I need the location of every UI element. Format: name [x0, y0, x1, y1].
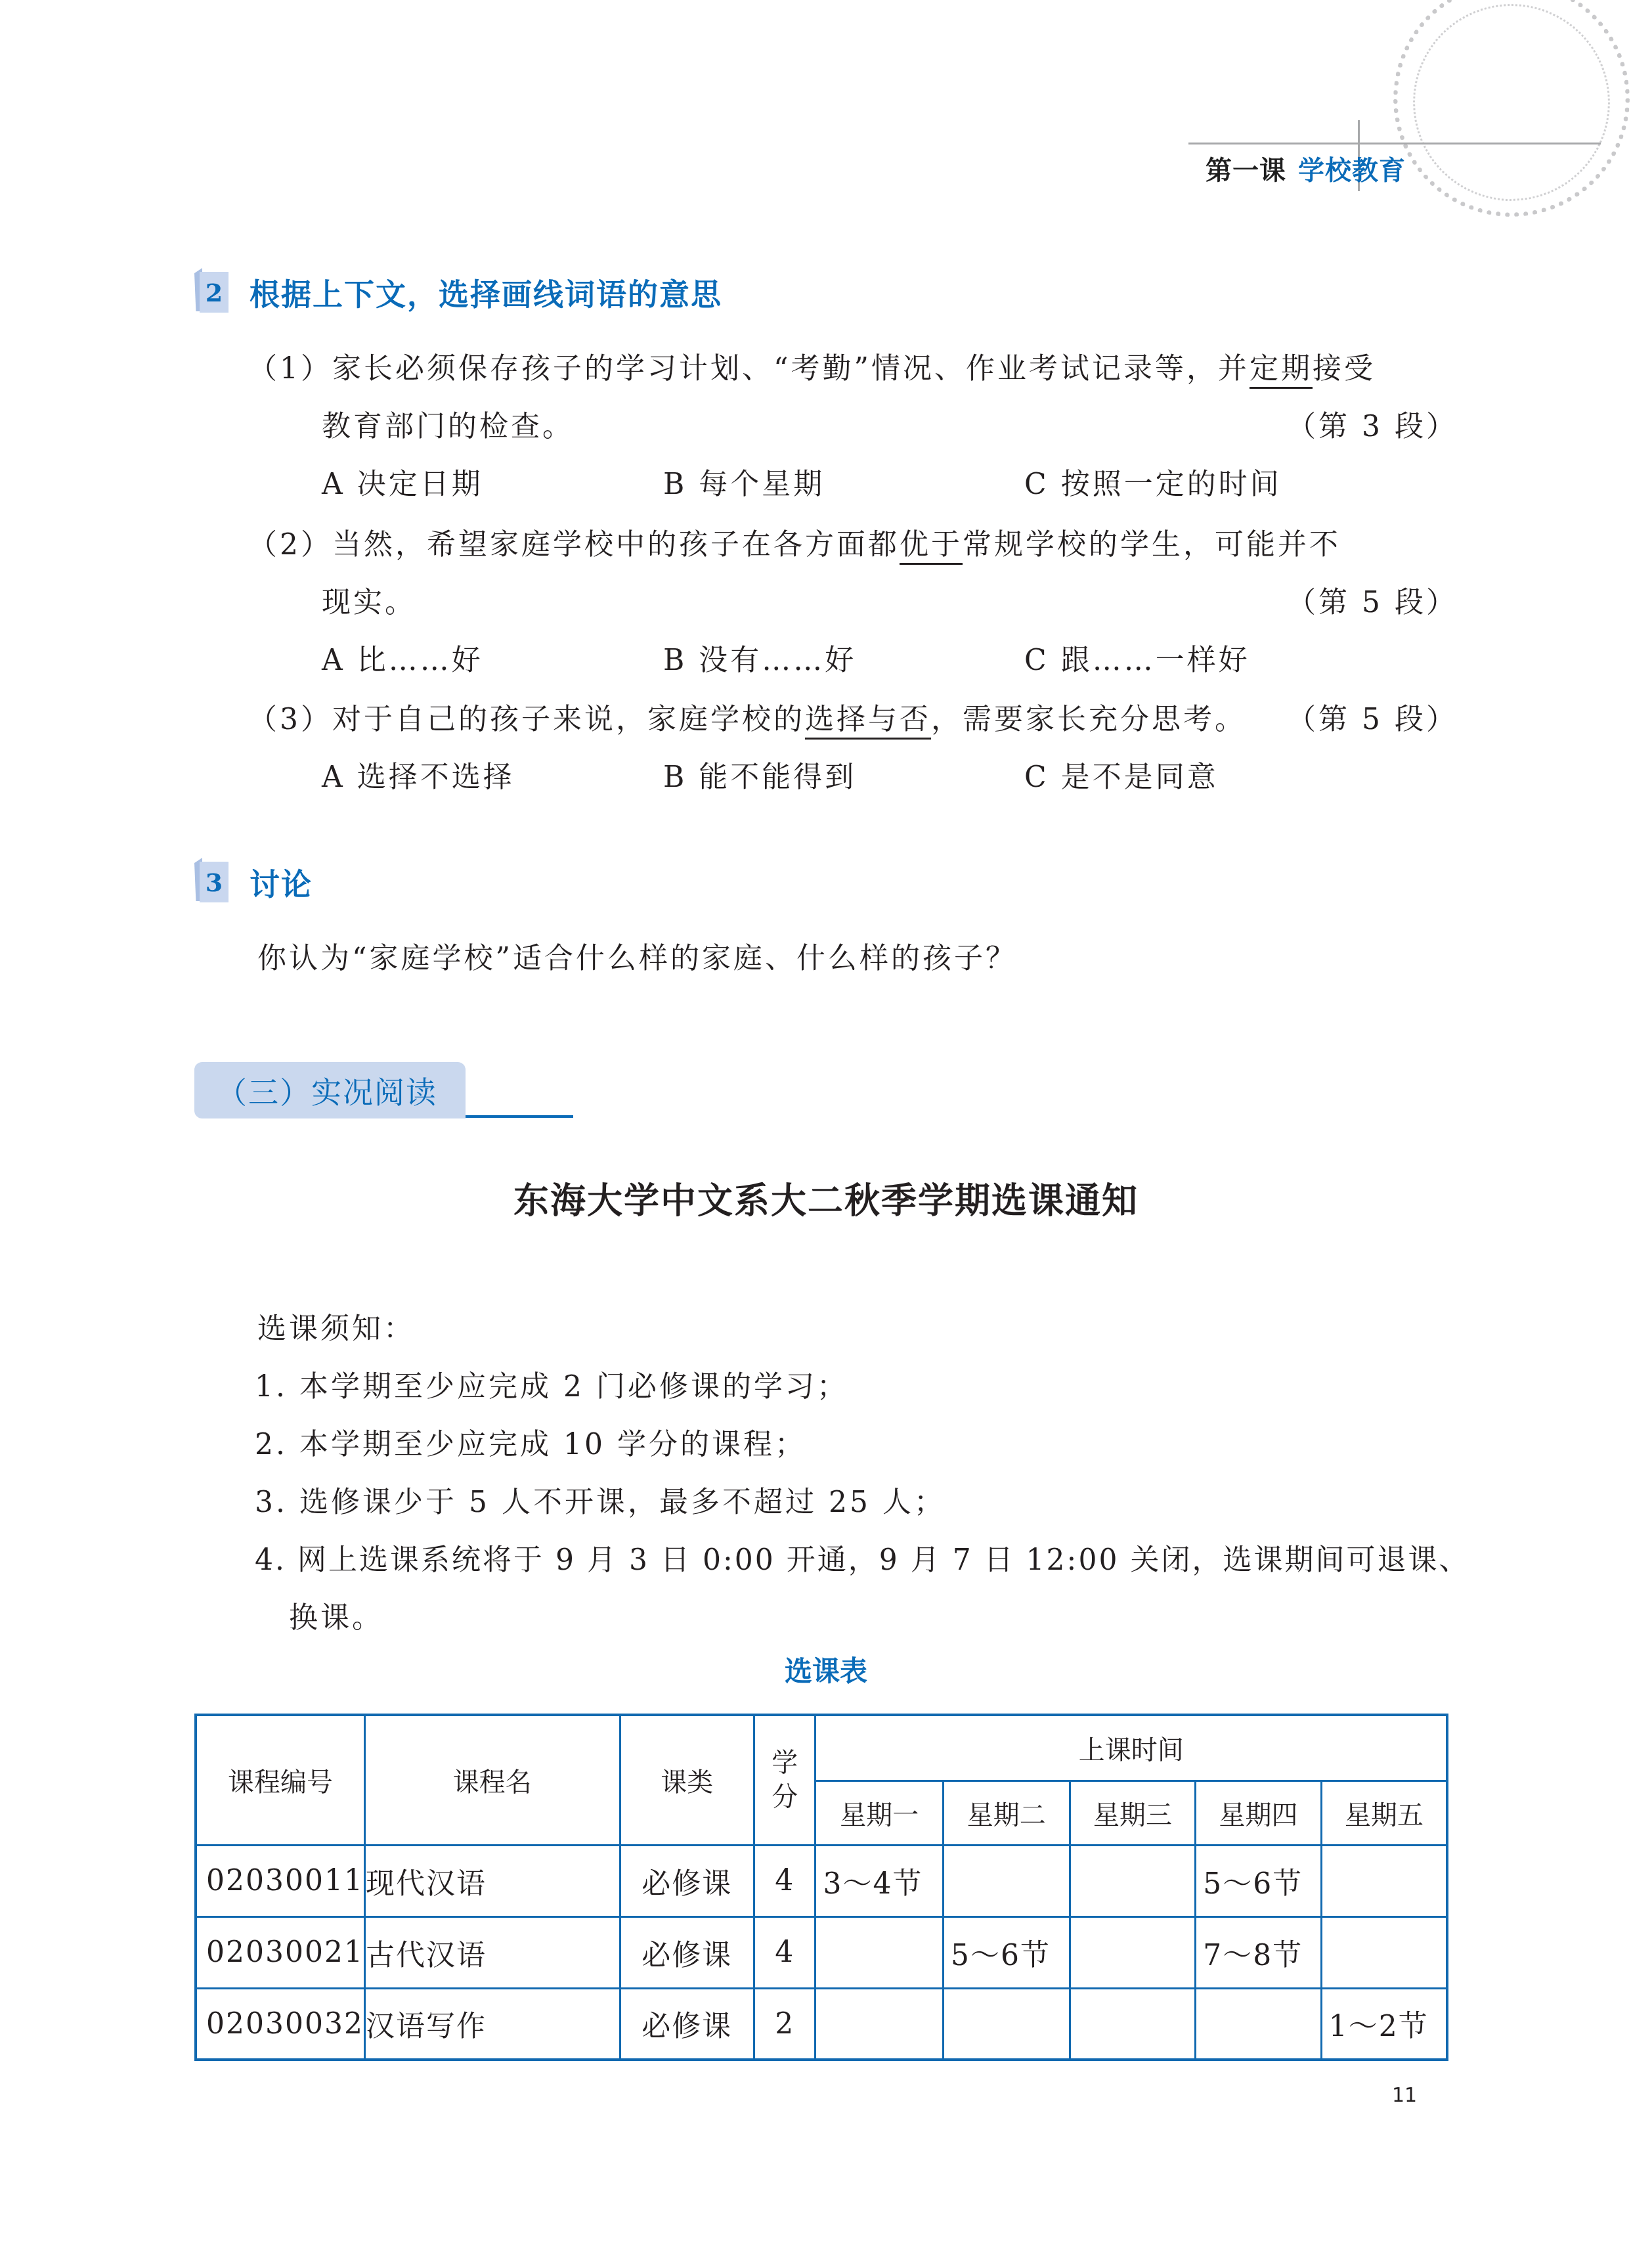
exercise-number: 2 [200, 272, 228, 313]
cell-credit: 4 [754, 1916, 815, 1988]
paragraph-reference: （第 3 段） [1287, 407, 1458, 447]
header-course-name: 课程名 [364, 1715, 620, 1845]
question-2-line-1: （2）当然，希望家庭学校中的孩子在各方面都优于常规学校的学生，可能并不 [248, 525, 1341, 565]
lesson-header: 第一课学校教育 [1206, 150, 1406, 187]
course-selection-table: 课程编号 课程名 课类 学分 上课时间 星期一 星期二 星期三 星期四 星期五 … [194, 1714, 1448, 2061]
cell-friday [1321, 1845, 1447, 1916]
cell-monday [815, 1988, 944, 2060]
cell-credit: 2 [754, 1988, 815, 2060]
header-wednesday: 星期三 [1070, 1781, 1195, 1845]
cell-tuesday [944, 1988, 1070, 2060]
note-item-2: 2. 本学期至少应完成 10 学分的课程； [255, 1425, 806, 1465]
cell-course-code: 02030021 [196, 1916, 364, 1988]
question-text: 对于自己的孩子来说，家庭学校的 [332, 703, 805, 736]
header-tuesday: 星期二 [944, 1781, 1070, 1845]
cell-credit: 4 [754, 1845, 815, 1916]
option-b: B 每个星期 [663, 465, 825, 504]
cell-tuesday [944, 1845, 1070, 1916]
exercise-number-badge: 3 [194, 862, 234, 902]
option-c: C 跟……一样好 [1024, 641, 1250, 680]
table-row: 02030032 汉语写作 必修课 2 1～2节 [196, 1988, 1447, 2060]
exercise-number-badge: 2 [194, 272, 234, 313]
option-a: A 决定日期 [322, 465, 483, 504]
cell-friday [1321, 1916, 1447, 1988]
paragraph-reference: （第 5 段） [1287, 700, 1458, 740]
paragraph-reference: （第 5 段） [1287, 583, 1458, 623]
question-label: （3） [248, 703, 332, 736]
cell-course-code: 02030011 [196, 1845, 364, 1916]
cell-thursday: 5～6节 [1196, 1845, 1322, 1916]
cell-wednesday [1070, 1916, 1195, 1988]
cell-course-type: 必修课 [620, 1988, 754, 2060]
cell-friday: 1～2节 [1321, 1988, 1447, 2060]
option-b: B 没有……好 [663, 641, 856, 680]
question-2-line-2: 现实。 [322, 583, 416, 623]
cell-monday [815, 1916, 944, 1988]
table-row: 02030021 古代汉语 必修课 4 5～6节 7～8节 [196, 1916, 1447, 1988]
cell-thursday [1196, 1988, 1322, 2060]
cell-course-name: 古代汉语 [364, 1916, 620, 1988]
header-credit: 学分 [754, 1715, 815, 1845]
question-text: 常规学校的学生，可能并不 [963, 528, 1341, 562]
section-tab-underline [466, 1115, 573, 1118]
cell-tuesday: 5～6节 [944, 1916, 1070, 1988]
notes-heading: 选课须知： [257, 1310, 415, 1349]
section-tab-reading: （三）实况阅读 [194, 1062, 466, 1118]
cell-thursday: 7～8节 [1196, 1916, 1322, 1988]
underlined-word: 选择与否 [805, 703, 931, 740]
note-item-3: 3. 选修课少于 5 人不开课，最多不超过 25 人； [255, 1483, 946, 1522]
question-label: （1） [248, 352, 332, 386]
cell-course-type: 必修课 [620, 1916, 754, 1988]
option-a: A 选择不选择 [322, 758, 515, 797]
header-thursday: 星期四 [1196, 1781, 1322, 1845]
lesson-number: 第一课 [1206, 156, 1286, 186]
question-text: 当然，希望家庭学校中的孩子在各方面都 [332, 528, 900, 562]
header-course-type: 课类 [620, 1715, 754, 1845]
page-number: 11 [1392, 2084, 1417, 2107]
cell-course-code: 02030032 [196, 1988, 364, 2060]
cell-course-name: 汉语写作 [364, 1988, 620, 2060]
cell-course-name: 现代汉语 [364, 1845, 620, 1916]
lesson-topic: 学校教育 [1298, 156, 1406, 186]
exercise-2-title: 根据上下文，选择画线词语的意思 [250, 271, 722, 314]
note-item-4: 4. 网上选课系统将于 9 月 3 日 0:00 开通，9 月 7 日 12:0… [255, 1541, 1469, 1580]
cell-wednesday [1070, 1988, 1195, 2060]
header-course-code: 课程编号 [196, 1715, 364, 1845]
option-a: A 比……好 [322, 641, 483, 680]
header-rule [1188, 143, 1601, 144]
question-3-line-1: （3）对于自己的孩子来说，家庭学校的选择与否，需要家长充分思考。 [248, 700, 1246, 740]
question-text: 接受 [1313, 352, 1376, 386]
underlined-word: 优于 [900, 528, 963, 565]
option-b: B 能不能得到 [663, 758, 856, 797]
cell-course-type: 必修课 [620, 1845, 754, 1916]
exercise-3-heading: 3 讨论 [194, 860, 313, 904]
exercise-3-title: 讨论 [250, 860, 313, 904]
discussion-question: 你认为“家庭学校”适合什么样的家庭、什么样的孩子？ [257, 939, 1017, 979]
table-title: 选课表 [0, 1650, 1652, 1689]
question-1-line-2: 教育部门的检查。 [322, 407, 574, 447]
decorative-dotted-circle-inner [1413, 4, 1610, 201]
cell-monday: 3～4节 [815, 1845, 944, 1916]
header-class-time: 上课时间 [815, 1715, 1447, 1781]
note-item-1: 1. 本学期至少应完成 2 门必修课的学习； [255, 1367, 848, 1407]
exercise-number: 3 [200, 862, 228, 902]
section-tab-label: （三）实况阅读 [217, 1069, 437, 1112]
cell-wednesday [1070, 1845, 1195, 1916]
question-1-line-1: （1）家长必须保存孩子的学习计划、“考勤”情况、作业考试记录等，并定期接受 [248, 349, 1376, 389]
option-c: C 按照一定的时间 [1024, 465, 1282, 504]
question-text: ，需要家长充分思考。 [931, 703, 1246, 736]
question-label: （2） [248, 528, 332, 562]
header-friday: 星期五 [1321, 1781, 1447, 1845]
exercise-2-heading: 2 根据上下文，选择画线词语的意思 [194, 271, 722, 314]
notice-title: 东海大学中文系大二秋季学期选课通知 [0, 1173, 1652, 1224]
table-row: 02030011 现代汉语 必修课 4 3～4节 5～6节 [196, 1845, 1447, 1916]
question-text: 家长必须保存孩子的学习计划、“考勤”情况、作业考试记录等，并 [332, 352, 1250, 386]
underlined-word: 定期 [1250, 352, 1313, 389]
option-c: C 是不是同意 [1024, 758, 1219, 797]
note-item-4-continuation: 换课。 [289, 1599, 383, 1638]
header-monday: 星期一 [815, 1781, 944, 1845]
